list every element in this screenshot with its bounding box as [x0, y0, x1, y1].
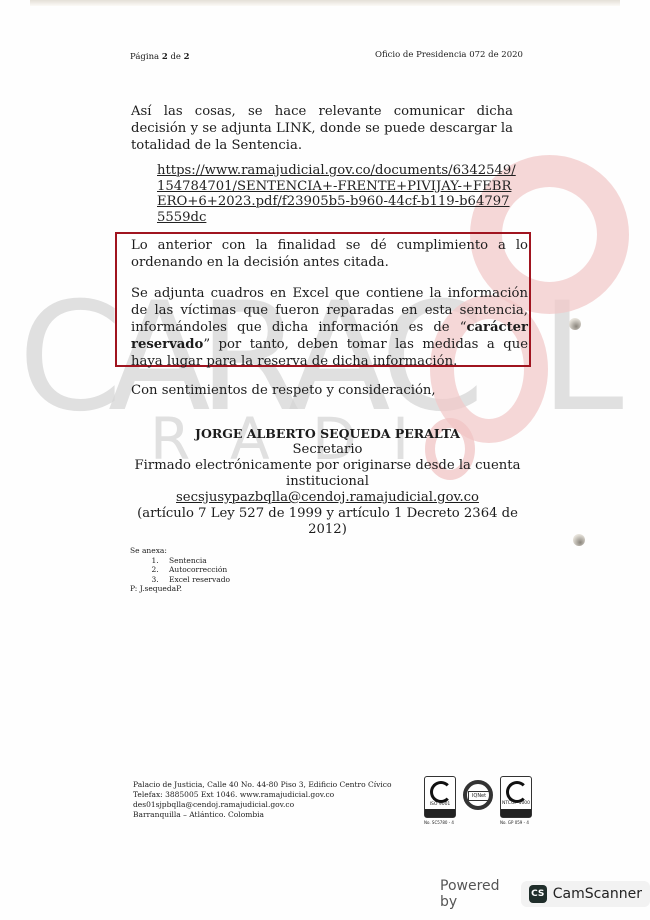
camscanner-logo-icon: CS: [529, 885, 547, 903]
paragraph-link-intro: Así las cosas, se hace relevante comunic…: [131, 103, 513, 154]
signer-name: JORGE ALBERTO SEQUEDA PERALTA: [130, 426, 525, 442]
scanned-page: C A R A C L R A D I Página 2 de 2 Oficio…: [0, 0, 650, 920]
sentencia-download-link[interactable]: https://www.ramajudicial.gov.co/document…: [157, 163, 517, 225]
camscanner-brand[interactable]: CS CamScanner: [521, 881, 650, 907]
legal-reference: (artículo 7 Ley 527 de 1999 y artículo 1…: [130, 506, 525, 538]
icontec-c-icon: ISO 9001: [424, 776, 456, 818]
closing-line: Con sentimientos de respeto y considerac…: [131, 383, 436, 398]
annex-item: Autocorrección: [161, 565, 230, 575]
scan-artifact: [573, 534, 585, 546]
paragraph-reserved-info: Se adjunta cuadros en Excel que contiene…: [131, 285, 528, 370]
signer-email-link[interactable]: secsjusypazbqlla@cendoj.ramajudicial.gov…: [130, 490, 525, 506]
signer-role: Secretario: [130, 442, 525, 458]
signature-block: JORGE ALBERTO SEQUEDA PERALTA Secretario…: [130, 426, 525, 538]
footer-address: Palacio de Justicia, Calle 40 No. 44-80 …: [133, 780, 392, 820]
annex-list: Se anexa: Sentencia Autocorrección Excel…: [130, 546, 230, 594]
annex-item: Sentencia: [161, 556, 230, 566]
certification-logos: ISO 9001 No. SC5780 - 4 IQNet NTCGP 1000…: [424, 774, 534, 834]
scan-artifact: [569, 318, 581, 330]
watermark-letter: C: [18, 283, 123, 433]
paper-edge: [30, 0, 620, 6]
icontec-c-icon: NTCGP 1000: [500, 776, 532, 818]
iqnet-seal-icon: IQNet: [463, 780, 493, 810]
page-number: Página 2 de 2: [130, 52, 190, 62]
camscanner-badge: Powered by CS CamScanner: [440, 880, 650, 908]
annex-item: Excel reservado: [161, 575, 230, 585]
electronic-signature-note: Firmado electrónicamente por originarse …: [130, 458, 525, 490]
author-initials: P: J.sequedaP.: [130, 584, 230, 594]
paragraph-purpose: Lo anterior con la finalidad se dé cumpl…: [131, 237, 528, 271]
annex-title: Se anexa:: [130, 546, 230, 556]
watermark-letter: L: [540, 283, 624, 433]
document-reference: Oficio de Presidencia 072 de 2020: [375, 50, 523, 60]
